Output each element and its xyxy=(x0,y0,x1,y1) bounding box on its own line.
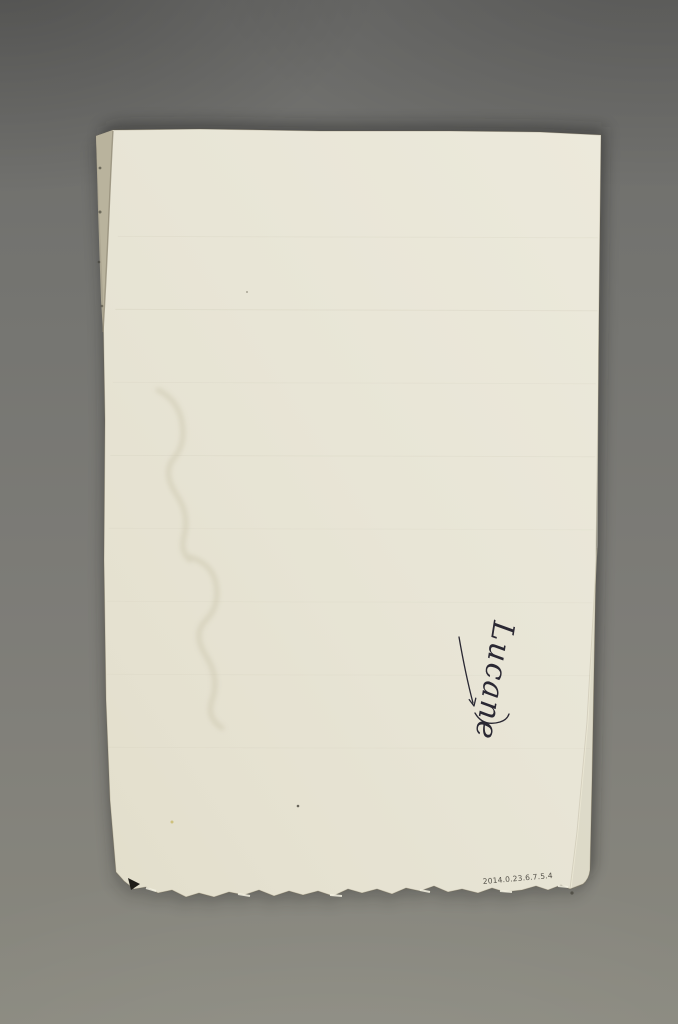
photo-backdrop: Lucane 2014.0.23.6.7.5.4 xyxy=(0,0,678,1024)
paper-sheet: Lucane 2014.0.23.6.7.5.4 xyxy=(0,0,678,1024)
paper-surface xyxy=(96,129,601,897)
